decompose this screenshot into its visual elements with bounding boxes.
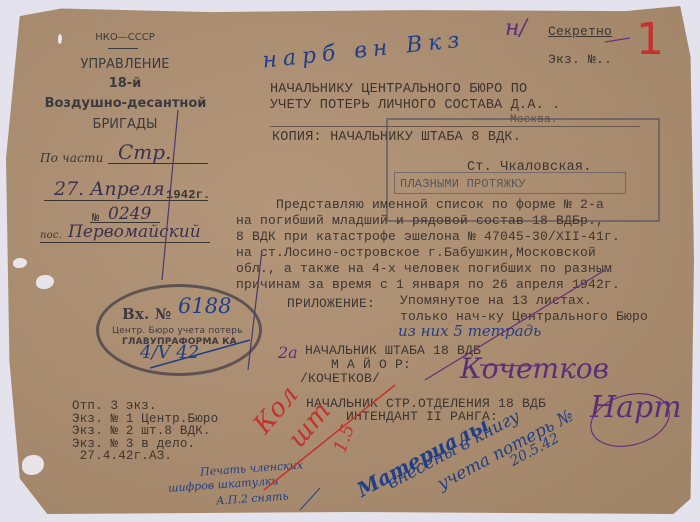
signature-underline	[480, 365, 540, 366]
blue-stroke	[300, 488, 320, 510]
red-line	[264, 385, 395, 490]
pencil-stroke	[248, 250, 262, 370]
ink-strokes	[0, 0, 700, 522]
signature-loop	[585, 385, 675, 454]
pencil-stroke	[162, 110, 178, 280]
purple-line	[605, 38, 630, 42]
purple-line	[425, 270, 605, 380]
blue-stroke	[150, 340, 250, 368]
